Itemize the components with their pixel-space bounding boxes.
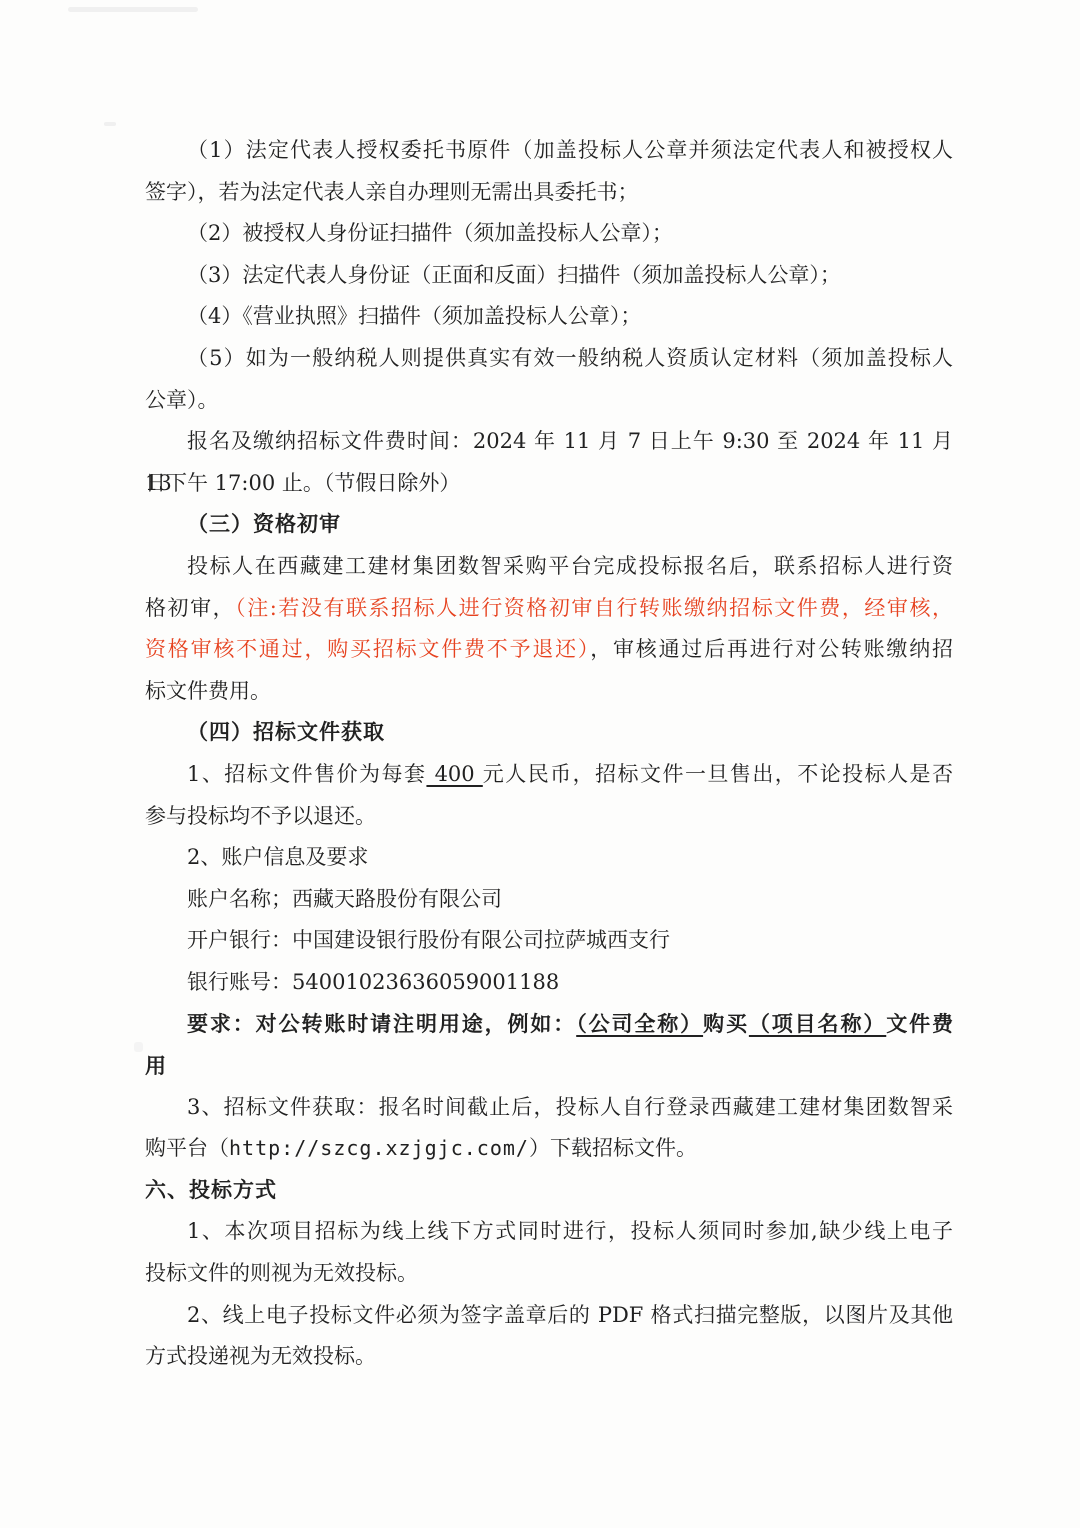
bidding-method-item-1-line-2: 投标文件的则视为无效投标。 xyxy=(145,1253,953,1295)
text-segment: 用 xyxy=(145,1053,166,1078)
underlined-project-placeholder: （项目名称） xyxy=(749,1011,886,1036)
underlined-company-placeholder: （公司全称） xyxy=(576,1011,703,1036)
doc-acquisition-line-1: 3、招标文件获取：报名时间截止后，投标人自行登录西藏建工建材集团数智采 xyxy=(145,1087,953,1129)
text-segment: 开户银行：中国建设银行股份有限公司拉萨城西支行 xyxy=(187,928,670,952)
underlined-price: 400 xyxy=(426,762,482,786)
bank-name: 开户银行：中国建设银行股份有限公司拉萨城西支行 xyxy=(145,920,953,962)
heading-text: 六、投标方式 xyxy=(145,1178,277,1202)
doc-price-line-1: 1、招标文件售价为每套 400 元人民币，招标文件一旦售出，不论投标人是否 xyxy=(145,754,953,796)
document-page: （1）法定代表人授权委托书原件（加盖投标人公章并须法定代表人和被授权人 签字），… xyxy=(0,0,1080,1528)
text-segment: （2）被授权人身份证扫描件（须加盖投标人公章）； xyxy=(187,221,673,245)
text-segment: 方式投递视为无效投标。 xyxy=(145,1344,376,1368)
text-segment: 购平台（ xyxy=(145,1136,229,1160)
bidding-method-item-1-line-1: 1、本次项目招标为线上线下方式同时进行，投标人须同时参加,缺少线上电子 xyxy=(145,1211,953,1253)
account-name: 账户名称；西藏天路股份有限公司 xyxy=(145,879,953,921)
qualification-para-line-4: 标文件费用。 xyxy=(145,671,953,713)
text-segment: （1）法定代表人授权委托书原件（加盖投标人公章并须法定代表人和被授权人 xyxy=(187,138,953,162)
text-segment: 投标人在西藏建工建材集团数智采购平台完成投标报名后，联系招标人进行资 xyxy=(187,554,953,578)
text-segment: ）下载招标文件。 xyxy=(529,1136,697,1160)
text-segment: （5）如为一般纳税人则提供真实有效一般纳税人资质认定材料（须加盖投标人 xyxy=(187,346,953,370)
text-segment: 投标文件的则视为无效投标。 xyxy=(145,1261,418,1285)
attachment-item-4: （4）《营业执照》扫描件（须加盖投标人公章）； xyxy=(145,296,953,338)
text-segment: 1、本次项目招标为线上线下方式同时进行，投标人须同时参加,缺少线上电子 xyxy=(187,1219,953,1243)
text-segment: 账户名称；西藏天路股份有限公司 xyxy=(187,887,502,911)
transfer-requirement-line-2: 用 xyxy=(145,1045,953,1087)
registration-time-line-1: 报名及缴纳招标文件费时间：2024 年 11 月 7 日上午 9:30 至 20… xyxy=(145,421,953,463)
qualification-para-line-1: 投标人在西藏建工建材集团数智采购平台完成投标报名后，联系招标人进行资 xyxy=(145,546,953,588)
doc-acquisition-line-2: 购平台（http://szcg.xzjgjc.com/）下载招标文件。 xyxy=(145,1128,953,1170)
transfer-requirement-line-1: 要求：对公转账时请注明用途，例如：（公司全称）购买（项目名称）文件费 xyxy=(145,1003,953,1045)
red-note-segment: 资格审核不通过，购买招标文件费不予退还） xyxy=(145,637,590,661)
text-segment: 1、招标文件售价为每套 xyxy=(187,762,426,786)
qualification-para-line-2: 格初审，（注:若没有联系招标人进行资格初审自行转账缴纳招标文件费，经审核， xyxy=(145,588,953,630)
section-heading-qualification-review: （三）资格初审 xyxy=(145,504,953,546)
text-segment: 3、招标文件获取：报名时间截止后，投标人自行登录西藏建工建材集团数智采 xyxy=(187,1095,953,1119)
text-segment: 格初审， xyxy=(145,596,235,620)
text-segment: 日下午 17:00 止。（节假日除外） xyxy=(145,471,460,495)
attachment-item-3: （3）法定代表人身份证（正面和反面）扫描件（须加盖投标人公章）； xyxy=(145,255,953,297)
text-segment: 银行账号：54001023636059001188 xyxy=(187,970,559,994)
section-heading-document-acquisition: （四）招标文件获取 xyxy=(145,712,953,754)
text-segment: 2、账户信息及要求 xyxy=(187,845,368,869)
text-segment: （4）《营业执照》扫描件（须加盖投标人公章）； xyxy=(187,304,641,328)
bidding-method-item-2-line-2: 方式投递视为无效投标。 xyxy=(145,1336,953,1378)
attachment-item-5-line-1: （5）如为一般纳税人则提供真实有效一般纳税人资质认定材料（须加盖投标人 xyxy=(145,338,953,380)
text-segment: 2、线上电子投标文件必须为签字盖章后的 PDF 格式扫描完整版，以图片及其他 xyxy=(187,1303,953,1327)
heading-text: （三）资格初审 xyxy=(187,512,341,536)
text-segment: 文件费 xyxy=(886,1011,953,1036)
section-heading-bidding-method: 六、投标方式 xyxy=(145,1170,953,1212)
text-segment: 要求：对公转账时请注明用途，例如： xyxy=(187,1011,576,1036)
document-content: （1）法定代表人授权委托书原件（加盖投标人公章并须法定代表人和被授权人 签字），… xyxy=(145,130,953,1378)
doc-price-line-2: 参与投标均不予以退还。 xyxy=(145,796,953,838)
attachment-item-1-line-1: （1）法定代表人授权委托书原件（加盖投标人公章并须法定代表人和被授权人 xyxy=(145,130,953,172)
text-segment: 参与投标均不予以退还。 xyxy=(145,804,376,828)
scan-artifact xyxy=(104,122,116,126)
attachment-item-1-line-2: 签字），若为法定代表人亲自办理则无需出具委托书； xyxy=(145,172,953,214)
scan-artifact xyxy=(134,1042,143,1052)
account-info-heading: 2、账户信息及要求 xyxy=(145,837,953,879)
bank-account-number: 银行账号：54001023636059001188 xyxy=(145,962,953,1004)
scan-artifact xyxy=(68,7,198,12)
registration-time-line-2: 日下午 17:00 止。（节假日除外） xyxy=(145,463,953,505)
text-segment: 签字），若为法定代表人亲自办理则无需出具委托书； xyxy=(145,180,639,204)
text-segment: 元人民币，招标文件一旦售出，不论投标人是否 xyxy=(483,762,953,786)
attachment-item-5-line-2: 公章）。 xyxy=(145,380,953,422)
attachment-item-2: （2）被授权人身份证扫描件（须加盖投标人公章）； xyxy=(145,213,953,255)
red-note-segment: （注:若没有联系招标人进行资格初审自行转账缴纳招标文件费，经审核， xyxy=(235,596,953,620)
text-segment: （3）法定代表人身份证（正面和反面）扫描件（须加盖投标人公章）； xyxy=(187,263,841,287)
text-segment: ，审核通过后再进行对公转账缴纳招 xyxy=(590,637,953,661)
text-segment: 公章）。 xyxy=(145,388,219,412)
text-segment: 购买 xyxy=(703,1011,749,1036)
text-segment: 标文件费用。 xyxy=(145,679,271,703)
heading-text: （四）招标文件获取 xyxy=(187,720,385,744)
bidding-method-item-2-line-1: 2、线上电子投标文件必须为签字盖章后的 PDF 格式扫描完整版，以图片及其他 xyxy=(145,1295,953,1337)
qualification-para-line-3: 资格审核不通过，购买招标文件费不予退还），审核通过后再进行对公转账缴纳招 xyxy=(145,629,953,671)
url-text: http://szcg.xzjgjc.com/ xyxy=(229,1136,529,1160)
